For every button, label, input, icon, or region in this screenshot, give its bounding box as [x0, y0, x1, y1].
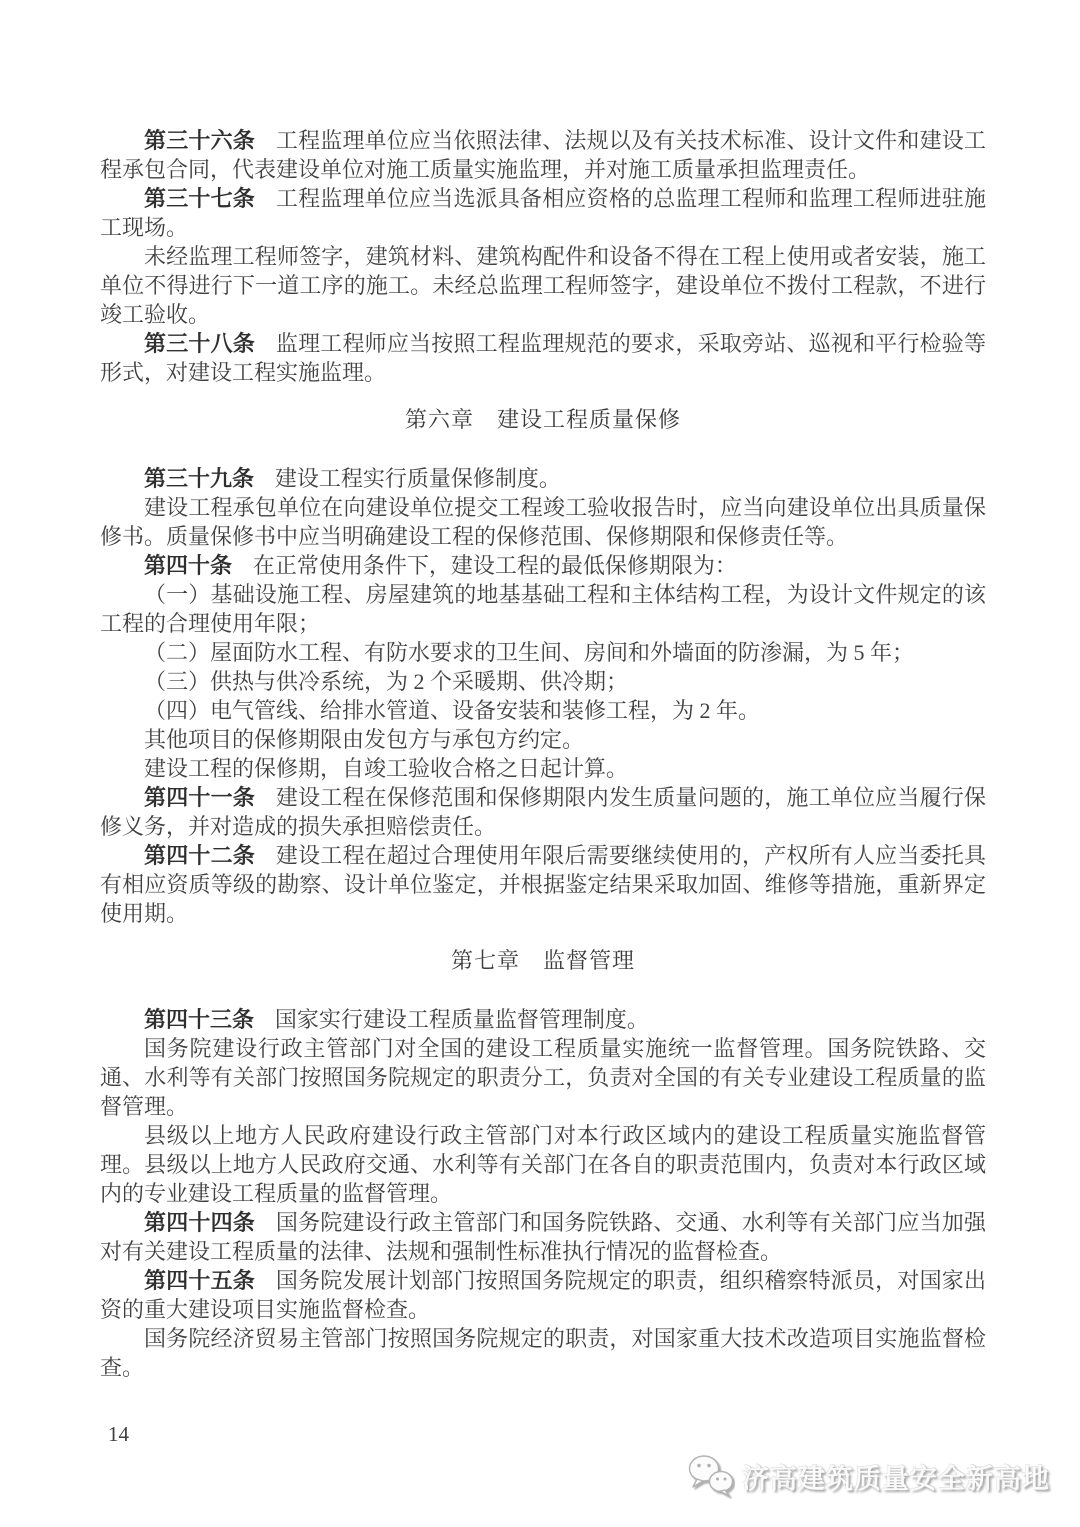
paragraph-text: 其他项目的保修期限由发包方与承包方约定。	[144, 727, 584, 752]
article-number: 第四十条	[144, 553, 232, 578]
article-number: 第三十六条	[144, 128, 255, 153]
paragraph-text: 未经监理工程师签字，建筑材料、建筑构配件和设备不得在工程上使用或者安装，施工单位…	[100, 244, 986, 327]
article-paragraph: 第四十一条建设工程在保修范围和保修期限内发生质量问题的，施工单位应当履行保修义务…	[100, 783, 986, 841]
chapter-heading: 第七章 监督管理	[100, 946, 986, 975]
body-paragraph: 未经监理工程师签字，建筑材料、建筑构配件和设备不得在工程上使用或者安装，施工单位…	[100, 242, 986, 329]
paragraph-text: 国家实行建设工程质量监督管理制度。	[275, 1007, 649, 1032]
article-paragraph: 第四十条在正常使用条件下，建设工程的最低保修期限为：	[100, 551, 986, 580]
article-number: 第三十九条	[144, 466, 254, 491]
document-page: 第三十六条工程监理单位应当依照法律、法规以及有关技术标准、设计文件和建设工程承包…	[0, 0, 1080, 1527]
watermark-text: 济高建筑质量安全新高地	[742, 1457, 1050, 1496]
body-paragraph: 建设工程承包单位在向建设单位提交工程竣工验收报告时，应当向建设单位出具质量保修书…	[100, 493, 986, 551]
body-paragraph: 建设工程的保修期，自竣工验收合格之日起计算。	[100, 754, 986, 783]
article-number: 第三十八条	[144, 331, 255, 356]
body-paragraph: （三）供热与供冷系统，为 2 个采暖期、供冷期；	[100, 667, 986, 696]
article-number: 第四十四条	[144, 1210, 255, 1235]
article-paragraph: 第三十八条监理工程师应当按照工程监理规范的要求，采取旁站、巡视和平行检验等形式，…	[100, 329, 986, 387]
article-paragraph: 第四十四条国务院建设行政主管部门和国务院铁路、交通、水利等有关部门应当加强对有关…	[100, 1208, 986, 1266]
paragraph-text: 在正常使用条件下，建设工程的最低保修期限为：	[253, 553, 737, 578]
paragraph-text: 建设工程实行质量保修制度。	[275, 466, 561, 491]
article-number: 第四十二条	[144, 843, 255, 868]
body-paragraph: （二）屋面防水工程、有防水要求的卫生间、房间和外墙面的防渗漏，为 5 年；	[100, 638, 986, 667]
article-paragraph: 第三十六条工程监理单位应当依照法律、法规以及有关技术标准、设计文件和建设工程承包…	[100, 126, 986, 184]
body-paragraph: 县级以上地方人民政府建设行政主管部门对本行政区域内的建设工程质量实施监督管理。县…	[100, 1121, 986, 1208]
article-paragraph: 第四十二条建设工程在超过合理使用年限后需要继续使用的，产权所有人应当委托具有相应…	[100, 841, 986, 928]
body-paragraph: 其他项目的保修期限由发包方与承包方约定。	[100, 725, 986, 754]
article-number: 第四十一条	[144, 785, 255, 810]
body-paragraph: （四）电气管线、给排水管道、设备安装和装修工程，为 2 年。	[100, 696, 986, 725]
page-number: 14	[108, 1422, 129, 1447]
paragraph-text: 国务院经济贸易主管部门按照国务院规定的职责，对国家重大技术改造项目实施监督检查。	[100, 1326, 986, 1380]
paragraph-text: 建设工程的保修期，自竣工验收合格之日起计算。	[144, 756, 628, 781]
paragraph-text: （二）屋面防水工程、有防水要求的卫生间、房间和外墙面的防渗漏，为 5 年；	[144, 640, 914, 665]
chapter-heading: 第六章 建设工程质量保修	[100, 405, 986, 434]
article-number: 第三十七条	[144, 186, 255, 211]
paragraph-text: （一）基础设施工程、房屋建筑的地基基础工程和主体结构工程，为设计文件规定的该工程…	[100, 582, 986, 636]
body-paragraph: （一）基础设施工程、房屋建筑的地基基础工程和主体结构工程，为设计文件规定的该工程…	[100, 580, 986, 638]
paragraph-text: 县级以上地方人民政府建设行政主管部门对本行政区域内的建设工程质量实施监督管理。县…	[100, 1123, 986, 1206]
body-paragraph: 国务院经济贸易主管部门按照国务院规定的职责，对国家重大技术改造项目实施监督检查。	[100, 1324, 986, 1382]
watermark: 济高建筑质量安全新高地	[687, 1450, 1050, 1502]
article-paragraph: 第四十三条国家实行建设工程质量监督管理制度。	[100, 1005, 986, 1034]
article-paragraph: 第三十七条工程监理单位应当选派具备相应资格的总监理工程师和监理工程师进驻施工现场…	[100, 184, 986, 242]
paragraph-text: 建设工程承包单位在向建设单位提交工程竣工验收报告时，应当向建设单位出具质量保修书…	[100, 495, 986, 549]
paragraph-text: （四）电气管线、给排水管道、设备安装和装修工程，为 2 年。	[144, 698, 760, 723]
wechat-icon	[687, 1453, 735, 1499]
article-paragraph: 第四十五条国务院发展计划部门按照国务院规定的职责，组织稽察特派员，对国家出资的重…	[100, 1266, 986, 1324]
article-number: 第四十三条	[144, 1007, 254, 1032]
article-paragraph: 第三十九条建设工程实行质量保修制度。	[100, 464, 986, 493]
paragraph-text: 国务院建设行政主管部门对全国的建设工程质量实施统一监督管理。国务院铁路、交通、水…	[100, 1036, 986, 1119]
body-paragraph: 国务院建设行政主管部门对全国的建设工程质量实施统一监督管理。国务院铁路、交通、水…	[100, 1034, 986, 1121]
article-number: 第四十五条	[144, 1268, 255, 1293]
document-body: 第三十六条工程监理单位应当依照法律、法规以及有关技术标准、设计文件和建设工程承包…	[100, 126, 986, 1382]
paragraph-text: （三）供热与供冷系统，为 2 个采暖期、供冷期；	[144, 669, 628, 694]
